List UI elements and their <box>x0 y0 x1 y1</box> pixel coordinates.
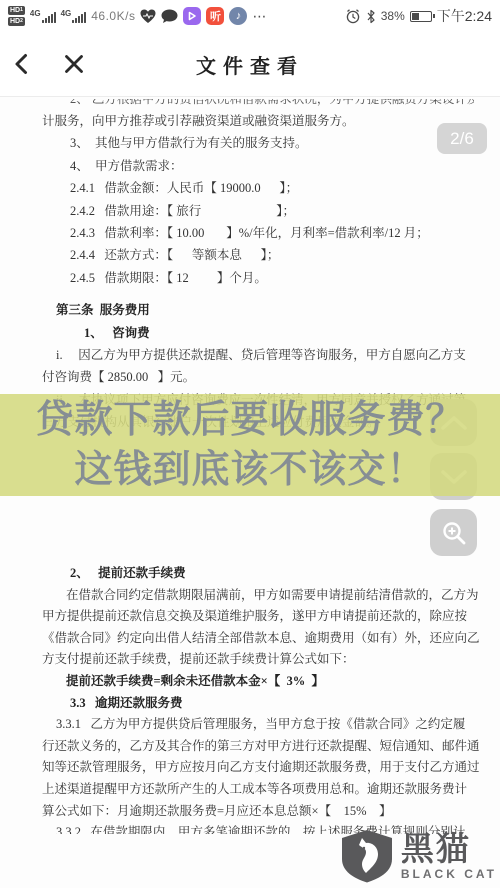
doc-line: 2.4.3 借款利率：【 10.00 】%/年化，月利率=借款利率/12 月； <box>42 222 474 244</box>
doc-line: 付咨询费【 2850.00 】元。 <box>42 366 474 388</box>
back-button[interactable] <box>0 42 44 86</box>
doc-line: 2、 提前还款手续费 <box>42 563 474 585</box>
status-left-group: HD1 HD2 4G 4G 46.0K/s 听 ♪ ⋯ <box>8 6 267 26</box>
document-lines-top: 2、 乙方根据甲方的资信状况和借款需求状况，为甲方提供融资方案设计及审计服务，向… <box>42 99 474 434</box>
listen-app-icon: 听 <box>206 7 224 25</box>
doc-line: 3.3.1 乙方为甲方提供贷后管理服务，当甲方怠于按《借款合同》之约定履 <box>42 714 474 736</box>
watermark-text: 黑猫 BLACK CAT <box>401 832 497 880</box>
doc-line: 4、 甲方借款需求： <box>42 155 474 177</box>
network-speed: 46.0K/s <box>91 9 135 23</box>
hd1-icon: HD1 <box>8 6 25 15</box>
promo-banner-text: 贷款下款后要收服务费？这钱到底该不该交！ <box>18 395 482 495</box>
doc-line: 上述渠道提醒甲方还款所产生的人工成本等各项费用总和。逾期还款服务费计 <box>42 779 474 801</box>
close-button[interactable] <box>52 42 96 86</box>
doc-line: 《借款合同》约定向出借人结清全部借款本息、逾期费用（如有）外，还应向乙 <box>42 628 474 650</box>
battery-percent: 38% <box>381 9 405 23</box>
doc-line: 甲方提供提前还款信息交换及渠道维护服务，遂甲方申请提前还款的，除应按 <box>42 606 474 628</box>
doc-line: 在借款合同约定借款期限届满前，甲方如需要申请提前结清借款的，乙方为 <box>42 585 474 607</box>
doc-line: 2.4.4 还款方式：【 等额本息 】； <box>42 244 474 266</box>
hd-badges: HD1 HD2 <box>8 6 25 26</box>
doc-line: 提前还款手续费=剩余未还借款本金×【 3% 】 <box>42 671 474 693</box>
alarm-clock-icon <box>345 8 361 24</box>
zoom-in-button[interactable] <box>430 509 477 556</box>
chat-bubble-icon <box>161 9 178 24</box>
doc-line: 计服务，向甲方推荐或引荐融资渠道或融资渠道服务方。 <box>42 110 474 132</box>
page-indicator-badge: 2/6 <box>437 123 487 154</box>
doc-line: 算公式如下：月逾期还款服务费=月应还本息总额×【 15% 】 <box>42 801 474 823</box>
chevron-left-icon <box>11 53 33 75</box>
signal-sim1-icon: 4G <box>30 9 56 23</box>
doc-line: 2.4.1 借款金额：人民币【 19000.0 】； <box>42 177 474 199</box>
signal-sim2-icon: 4G <box>61 9 87 23</box>
document-viewer[interactable]: 2、 乙方根据甲方的资信状况和借款需求状况，为甲方提供融资方案设计及审计服务，向… <box>0 96 500 888</box>
black-cat-watermark: 黑猫 BLACK CAT <box>339 829 497 883</box>
doc-line: 3.3 逾期还款服务费 <box>42 693 474 715</box>
health-heart-icon <box>140 9 156 24</box>
doc-line: 2.4.5 借款期限：【 12 】个月。 <box>42 267 474 289</box>
battery-icon <box>410 11 432 22</box>
black-cat-shield-icon <box>339 829 395 883</box>
doc-line: 第三条 服务费用 <box>42 299 474 321</box>
clock-time: 下午2:24 <box>437 6 492 26</box>
hd2-icon: HD2 <box>8 17 25 26</box>
document-lines-bottom: 2、 提前还款手续费在借款合同约定借款期限届满前，甲方如需要申请提前结清借款的，… <box>42 563 474 834</box>
doc-line: 2、 乙方根据甲方的资信状况和借款需求状况，为甲方提供融资方案设计及审 <box>42 99 474 110</box>
promo-banner: 贷款下款后要收服务费？这钱到底该不该交！ <box>0 394 500 496</box>
doc-line: 2.4.2 借款用途：【 旅行 】； <box>42 200 474 222</box>
close-icon <box>63 53 85 75</box>
doc-line: 3、 其他与甲方借款行为有关的服务支持。 <box>42 132 474 154</box>
status-right-group: 38% 下午2:24 <box>345 6 492 26</box>
music-app-icon: ♪ <box>229 7 247 25</box>
watermark-cn: 黑猫 <box>401 832 471 865</box>
more-notifications-icon: ⋯ <box>252 8 267 25</box>
video-play-app-icon <box>183 7 201 25</box>
doc-line: 行还款义务的，乙方及其合作的第三方对甲方进行还款提醒、短信通知、邮件通 <box>42 736 474 758</box>
doc-line: 方支付提前还款手续费，提前还款手续费计算公式如下： <box>42 649 474 671</box>
bluetooth-icon <box>366 9 376 24</box>
watermark-en: BLACK CAT <box>401 868 497 880</box>
doc-line: 知等还款管理服务，甲方应按月向乙方支付逾期还款服务费，用于支付乙方通过 <box>42 757 474 779</box>
nav-bar: 文件查看 <box>0 32 500 96</box>
doc-line: 1、 咨询费 <box>42 322 474 344</box>
status-bar: HD1 HD2 4G 4G 46.0K/s 听 ♪ ⋯ 38% <box>0 0 500 32</box>
doc-line: i. 因乙方为甲方提供还款提醒、贷后管理等咨询服务，甲方自愿向乙方支 <box>42 344 474 366</box>
magnifier-plus-icon <box>441 520 467 546</box>
